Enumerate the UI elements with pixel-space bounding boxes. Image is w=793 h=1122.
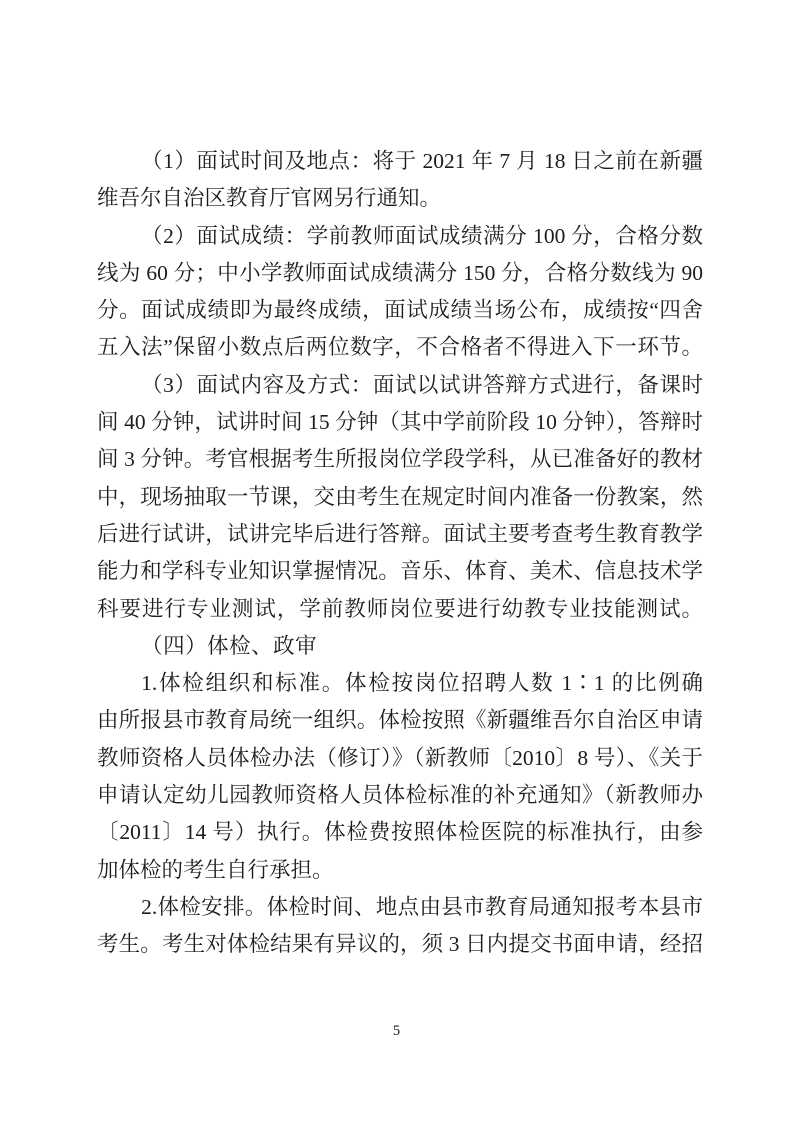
text-line: 加体检的考生自行承担。 bbox=[97, 852, 703, 889]
text-line: 维吾尔自治区教育厅官网另行通知。 bbox=[97, 180, 703, 217]
text-line: 〔2011〕14 号）执行。体检费按照体检医院的标准执行，由参 bbox=[97, 814, 703, 851]
text-line: 中，现场抽取一节课，交由考生在规定时间内准备一份教案，然 bbox=[97, 479, 703, 516]
text-line: 后进行试讲，试讲完毕后进行答辩。面试主要考查考生教育教学 bbox=[97, 516, 703, 553]
text-line: 2.体检安排。体检时间、地点由县市教育局通知报考本县市 bbox=[97, 889, 703, 926]
section-heading: （四）体检、政审 bbox=[97, 628, 703, 665]
text-line: 五入法”保留小数点后两位数字，不合格者不得进入下一环节。 bbox=[97, 329, 703, 366]
text-line: 科要进行专业测试，学前教师岗位要进行幼教专业技能测试。 bbox=[97, 591, 703, 628]
text-line: 间 3 分钟。考官根据考生所报岗位学段学科，从已准备好的教材 bbox=[97, 441, 703, 478]
text-line: 能力和学科专业知识掌握情况。音乐、体育、美术、信息技术学 bbox=[97, 553, 703, 590]
page-number: 5 bbox=[393, 1023, 400, 1039]
text-line: （3）面试内容及方式：面试以试讲答辩方式进行，备课时 bbox=[97, 367, 703, 404]
text-line: 1.体检组织和标准。体检按岗位招聘人数 1∶1 的比例确定， bbox=[97, 665, 703, 702]
text-line: （1）面试时间及地点：将于 2021 年 7 月 18 日之前在新疆 bbox=[97, 143, 703, 180]
text-line: 申请认定幼儿园教师资格人员体检标准的补充通知》（新教师办 bbox=[97, 777, 703, 814]
text-line: 考生。考生对体检结果有异议的，须 3 日内提交书面申请，经招 bbox=[97, 926, 703, 963]
text-line: 由所报县市教育局统一组织。体检按照《新疆维吾尔自治区申请 bbox=[97, 702, 703, 739]
text-line: 教师资格人员体检办法（修订）》（新教师〔2010〕8 号）、《关于 bbox=[97, 740, 703, 777]
text-line: 分。面试成绩即为最终成绩，面试成绩当场公布，成绩按“四舍 bbox=[97, 292, 703, 329]
document-page: （1）面试时间及地点：将于 2021 年 7 月 18 日之前在新疆 维吾尔自治… bbox=[0, 0, 793, 1122]
text-line: （2）面试成绩：学前教师面试成绩满分 100 分，合格分数 bbox=[97, 218, 703, 255]
page-footer: 5 bbox=[0, 1022, 793, 1040]
text-line: 线为 60 分；中小学教师面试成绩满分 150 分，合格分数线为 90 bbox=[97, 255, 703, 292]
document-body: （1）面试时间及地点：将于 2021 年 7 月 18 日之前在新疆 维吾尔自治… bbox=[97, 143, 703, 964]
text-line: 间 40 分钟，试讲时间 15 分钟（其中学前阶段 10 分钟），答辩时 bbox=[97, 404, 703, 441]
